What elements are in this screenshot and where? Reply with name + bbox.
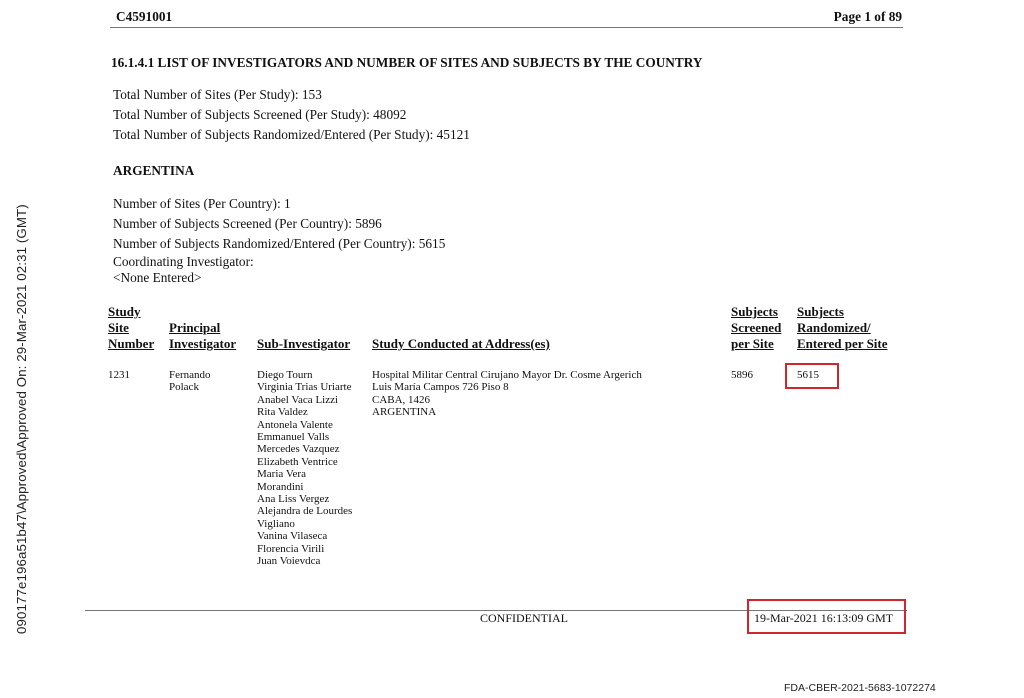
list-item: Diego Tourn <box>257 369 352 381</box>
study-totals: Total Number of Sites (Per Study): 153 T… <box>113 85 470 145</box>
list-item: Ana Liss Vergez <box>257 493 352 505</box>
confidential-label: CONFIDENTIAL <box>480 611 568 626</box>
total-sites: Total Number of Sites (Per Study): 153 <box>113 85 470 105</box>
list-item: Anabel Vaca Lizzi <box>257 394 352 406</box>
highlight-box-timestamp <box>747 599 906 634</box>
site-address: Hospital Militar Central Cirujano Mayor … <box>372 369 642 419</box>
list-item: Virginia Trias Uriarte <box>257 381 352 393</box>
coordinating-value: <None Entered> <box>113 270 254 286</box>
list-item: Antonela Valente <box>257 419 352 431</box>
page-indicator: Page 1 of 89 <box>834 9 902 25</box>
list-item: Morandini <box>257 481 352 493</box>
list-item: Vigliano <box>257 518 352 530</box>
header-principal-investigator: Principal Investigator <box>169 320 236 352</box>
header-address: Study Conducted at Address(es) <box>372 336 550 352</box>
list-item: Juan Voievdca <box>257 555 352 567</box>
total-screened: Total Number of Subjects Screened (Per S… <box>113 105 470 125</box>
list-item: Alejandra de Lourdes <box>257 505 352 517</box>
list-item: Emmanuel Valls <box>257 431 352 443</box>
header-site-number: Study Site Number <box>108 304 154 352</box>
coordinating-label: Coordinating Investigator: <box>113 254 254 270</box>
sub-investigator-list: Diego Tourn Virginia Trias Uriarte Anabe… <box>257 369 352 568</box>
header-screened-per-site: Subjects Screened per Site <box>731 304 781 352</box>
header-randomized-per-site: Subjects Randomized/ Entered per Site <box>797 304 888 352</box>
list-item: Florencia Virili <box>257 543 352 555</box>
coordinating-investigator: Coordinating Investigator: <None Entered… <box>113 254 254 286</box>
list-item: Elizabeth Ventrice <box>257 456 352 468</box>
country-randomized: Number of Subjects Randomized/Entered (P… <box>113 234 445 254</box>
list-item: Vanina Vilaseca <box>257 530 352 542</box>
country-stats: Number of Sites (Per Country): 1 Number … <box>113 194 445 254</box>
screened-per-site: 5896 <box>731 369 753 381</box>
list-item: Maria Vera <box>257 468 352 480</box>
principal-investigator: Fernando Polack <box>169 369 211 394</box>
protocol-number: C4591001 <box>116 9 172 25</box>
total-randomized: Total Number of Subjects Randomized/Ente… <box>113 125 470 145</box>
header-sub-investigator: Sub-Investigator <box>257 336 350 352</box>
highlight-box-randomized <box>785 363 839 389</box>
header-divider <box>110 27 903 28</box>
list-item: Mercedes Vazquez <box>257 443 352 455</box>
document-id: FDA-CBER-2021-5683-1072274 <box>784 682 936 694</box>
section-title: 16.1.4.1 LIST OF INVESTIGATORS AND NUMBE… <box>111 55 703 71</box>
site-number: 1231 <box>108 369 130 381</box>
country-screened: Number of Subjects Screened (Per Country… <box>113 214 445 234</box>
country-name: ARGENTINA <box>113 163 194 179</box>
country-sites: Number of Sites (Per Country): 1 <box>113 194 445 214</box>
list-item: Rita Valdez <box>257 406 352 418</box>
approval-stamp: 090177e196a51b47\Approved\Approved On: 2… <box>14 204 29 634</box>
